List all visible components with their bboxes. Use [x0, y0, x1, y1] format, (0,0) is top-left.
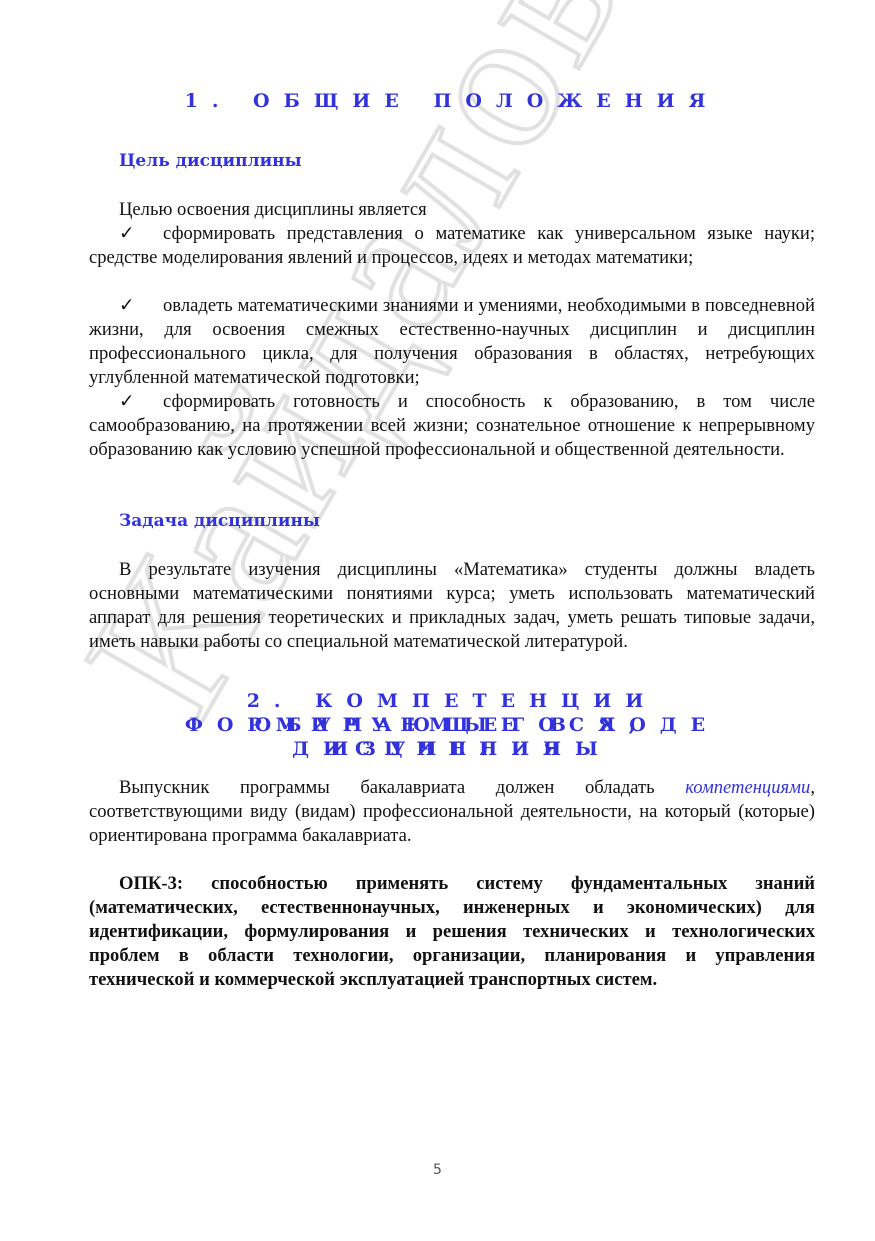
- checkmark-icon: ✓: [119, 222, 163, 246]
- checkmark-icon: ✓: [119, 294, 163, 318]
- competencies-intro: Выпускник программы бакалавриата должен …: [89, 776, 815, 848]
- goal-heading: Цель дисциплины: [119, 150, 302, 172]
- document-page: Кайдалова Л.В. 1. ОБЩИЕ ПОЛОЖЕНИЯ Цель д…: [0, 0, 875, 1241]
- competencies-link[interactable]: компетенциями: [685, 777, 810, 798]
- goal-intro: Целью освоения дисциплины является: [89, 198, 815, 222]
- section-2-title-line-3: ДИСЦИПЛИНЫ: [89, 737, 815, 761]
- goal-item-text: овладеть математическими знаниями и умен…: [89, 295, 815, 388]
- goal-item-3: ✓сформировать готовность и способность к…: [89, 390, 815, 462]
- goal-item-text: сформировать готовность и способность к …: [89, 391, 815, 460]
- intro-text: Выпускник программы бакалавриата должен …: [119, 777, 685, 798]
- page-number: 5: [0, 1162, 875, 1178]
- task-heading: Задача дисциплины: [119, 510, 320, 532]
- checkmark-icon: ✓: [119, 390, 163, 414]
- goal-item-2: ✓овладеть математическими знаниями и уме…: [89, 294, 815, 390]
- section-1-title: 1. ОБЩИЕ ПОЛОЖЕНИЯ: [89, 89, 815, 113]
- goal-item-1: ✓сформировать представления о математике…: [89, 222, 815, 270]
- competency-opk3: ОПК-3: способностью применять систему фу…: [89, 872, 815, 992]
- goal-item-text: сформировать представления о математике …: [89, 223, 815, 268]
- task-text: В результате изучения дисциплины «Матема…: [89, 558, 815, 654]
